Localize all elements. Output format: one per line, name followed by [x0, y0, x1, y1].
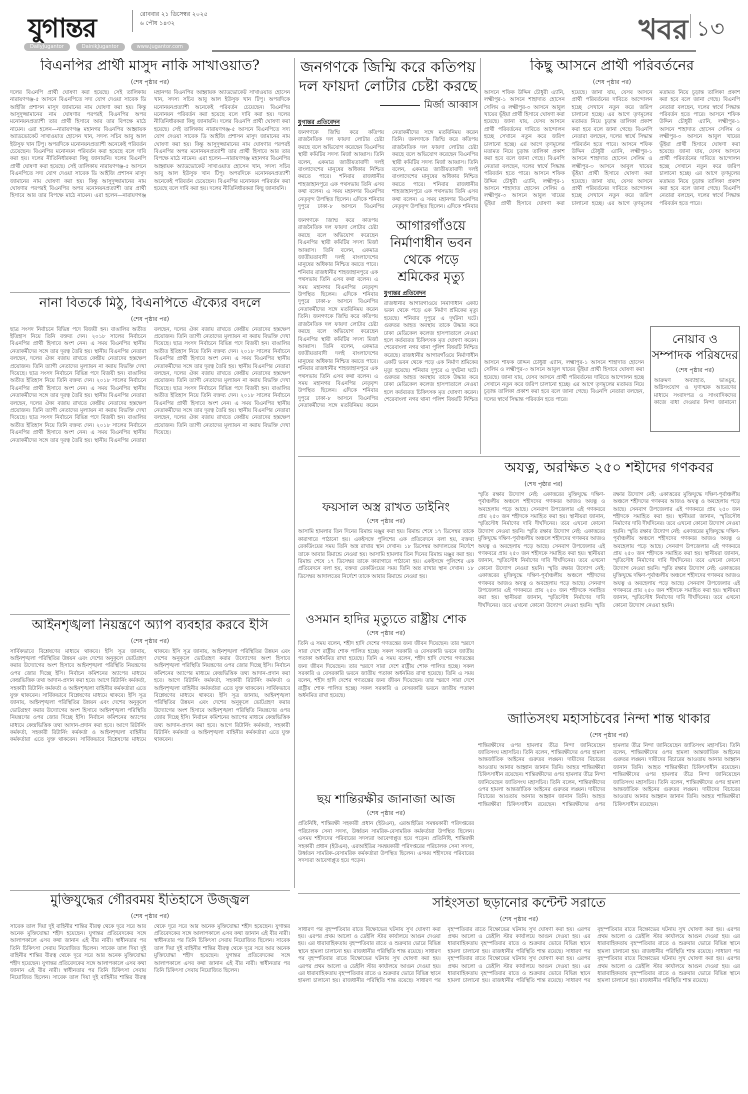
logo-divider: [132, 10, 133, 32]
divider: [10, 614, 290, 615]
headline[interactable]: আগারগাঁওয়ে নির্মাণাধীন ভবন থেকে পড়ে শ্…: [384, 218, 478, 286]
date-bengali: ৬ পৌষ ১৪৩২: [140, 19, 208, 28]
headline[interactable]: সহিংসতা ছড়ানোর কন্টেন্ট সরাতে: [298, 896, 740, 912]
article-body: রাজধানীর আগারগাঁওয়ে নির্মাণাধীন একটি ভব…: [384, 301, 478, 401]
twitter-link[interactable]: DailyJugantor: [24, 43, 70, 51]
article-bnp-candidate: বিএনপির প্রার্থী মাসুদ নাকি সাখাওয়াত? (…: [10, 58, 290, 290]
article-app-ec: আইনশৃঙ্খলা নিয়ন্ত্রণে অ্যাপ ব্যবহার করব…: [10, 618, 290, 888]
masthead-rule: [212, 50, 696, 52]
article-agargaon: আগারগাঁওয়ে নির্মাণাধীন ভবন থেকে পড়ে শ্…: [384, 218, 478, 408]
continued-label: (শেষ পৃষ্ঠার পর): [10, 77, 290, 88]
headline[interactable]: জাতিসংঘ মহাসচিবের নিন্দা শান্ত থাকার: [478, 712, 740, 728]
article-body: সাবেক তাল দিয়া দুই বাহিনীর শান্তির বীরত…: [10, 924, 290, 983]
headline[interactable]: আইনশৃঙ্খলা নিয়ন্ত্রণে অ্যাপ ব্যবহার করব…: [10, 618, 290, 634]
divider: [10, 292, 290, 293]
article-candidate-change: কিছু আসনে প্রার্থী পরিবর্তনের (শেষ পৃষ্ঠ…: [484, 58, 740, 454]
article-nowab: নোয়াব ও সম্পাদক পরিষদের (শেষ পৃষ্ঠার পর…: [650, 326, 740, 432]
article-body: প্রতিনিধি, শান্তিরক্ষী সহকারী প্রধান (ইউ…: [298, 821, 474, 865]
headline[interactable]: অযত্ন, অরক্ষিত ২৫০ শহীদের গণকবর: [478, 460, 740, 477]
date-gregorian: রোববার ২১ ডিসেম্বর ২০২৫: [140, 10, 208, 19]
social-links: DailyJugantor DainikJugantor www.juganto…: [24, 43, 189, 51]
continued-label: (শেষ পৃষ্ঠার পর): [478, 479, 609, 490]
article-body: স্মৃতি রক্ষার উদ্যোগ নেই: একাত্তরের মুক্…: [478, 492, 740, 611]
divider: [10, 890, 290, 891]
divider: [298, 893, 740, 894]
article-body: ছাত্র সংসদ নির্বাচনে বিভিন্ন পদে বিজয়ী …: [10, 327, 290, 446]
article-nana-bitorke: নানা বিতর্কে মিঠু, বিএনপিতে ঐক্যের বদলে …: [10, 296, 290, 612]
article-body: আক্রমণ অব্যাহতি, ভাঙচুর, অগ্নিসংযোগ ও ঘৃ…: [651, 378, 739, 404]
article-peacekeepers-janaza: ছয় শান্তিরক্ষীর জানাজা আজ (শেষ পৃষ্ঠার …: [298, 792, 474, 890]
article-body: দলের বিএনপি প্রার্থী ঘোষণা করা হয়েছে। স…: [10, 90, 290, 201]
headline[interactable]: ওসমান হাদির মৃত্যুতে রাষ্ট্রীয় শোক: [298, 612, 474, 626]
column-divider: [294, 58, 295, 888]
headline[interactable]: নানা বিতর্কে মিঠু, বিএনপিতে ঐক্যের বদলে: [10, 296, 290, 312]
article-body: সাধারণ পর বৃহস্পতিবার রাতে বিক্ষোভের ঘটন…: [298, 927, 740, 986]
masthead: যুগান্তর রোববার ২১ ডিসেম্বর ২০২৫ ৬ পৌষ ১…: [0, 0, 748, 60]
section-title: খবর: [639, 8, 688, 55]
attribution: মির্জা আব্বাস: [298, 98, 478, 115]
article-body: সার্বিকভাবে বিশ্লেষণের মাধ্যমে থাকবে। ইস…: [10, 649, 290, 745]
headline[interactable]: জনগণকে জিম্মি করে কতিপয় দল ফায়দা লোটার…: [298, 58, 478, 96]
page-divider: [690, 14, 691, 38]
article-osman-hadi: ওসমান হাদির মৃত্যুতে রাষ্ট্রীয় শোক (শেষ…: [298, 612, 474, 790]
article-body-cont: আসনে শফিক উদ্দিন চৌধুরী এ্যানি, লক্ষ্মীপ…: [484, 360, 644, 454]
article-body: আসামি হামলার তিন দিনের রিমান্ড মঞ্জুর কর…: [298, 529, 474, 581]
article-mirza-abbas: জনগণকে জিম্মি করে কতিপয় দল ফায়দা লোটার…: [298, 58, 478, 466]
headline[interactable]: ফয়সাল অস্ত্র রাখত ডাইনিং: [298, 500, 474, 514]
byline: যুগান্তর প্রতিবেদন: [298, 117, 478, 128]
article-body: তিনি এ সময় বলেন, শহীদ হাদি দেশের গণতন্ত…: [298, 641, 474, 700]
article-body: জনগণকে জিম্মি করে কতিপয় রাজনৈতিক দল ফায…: [298, 130, 478, 216]
headline[interactable]: কিছু আসনে প্রার্থী পরিবর্তনের: [484, 58, 740, 75]
article-sohingsota: সহিংসতা ছড়ানোর কন্টেন্ট সরাতে (শেষ পৃষ্…: [298, 896, 740, 1090]
article-jatisongho: জাতিসংঘ মহাসচিবের নিন্দা শান্ত থাকার (শে…: [478, 712, 740, 912]
continued-label: (শেষ পৃষ্ঠার পর): [478, 730, 740, 741]
continued-label: (শেষ পৃষ্ঠার পর): [651, 365, 739, 376]
article-body-cont: জনগণকে জিম্মি করে কতিপয় রাজনৈতিক দল ফায…: [298, 218, 378, 408]
dateline: রোববার ২১ ডিসেম্বর ২০২৫ ৬ পৌষ ১৪৩২: [140, 10, 208, 28]
continued-label: (শেষ পৃষ্ঠার পর): [10, 636, 290, 647]
divider: [298, 456, 740, 457]
website-link[interactable]: www.jugantor.com: [131, 43, 189, 51]
continued-label: (শেষ পৃষ্ঠার পর): [298, 808, 474, 819]
headline[interactable]: নোয়াব ও সম্পাদক পরিষদের: [651, 331, 739, 363]
page-number: ১৩: [696, 12, 725, 49]
article-foysal: ফয়সাল অস্ত্র রাখত ডাইনিং (শেষ পৃষ্ঠার প…: [298, 500, 474, 610]
continued-label: (শেষ পৃষ্ঠার পর): [484, 77, 740, 88]
continued-label: (শেষ পৃষ্ঠার পর): [298, 516, 474, 527]
headline[interactable]: ছয় শান্তিরক্ষীর জানাজা আজ: [298, 792, 474, 806]
byline: যুগান্তর প্রতিবেদন: [384, 288, 478, 299]
continued-label: (শেষ পৃষ্ঠার পর): [298, 914, 740, 925]
continued-label: (শেষ পৃষ্ঠার পর): [298, 628, 474, 639]
article-muktijuddho: মুক্তিযুদ্ধের গৌরবময় ইতিহাসে উজ্জ্বল (শ…: [10, 893, 290, 1089]
continued-label: (শেষ পৃষ্ঠার পর): [10, 911, 290, 922]
headline[interactable]: বিএনপির প্রার্থী মাসুদ নাকি সাখাওয়াত?: [10, 58, 290, 75]
column-divider: [480, 58, 481, 454]
article-body: আসনে শফিক উদ্দিন চৌধুরী এ্যানি, লক্ষ্মীপ…: [484, 90, 740, 360]
facebook-link[interactable]: DainikJugantor: [76, 43, 125, 51]
continued-label: (শেষ পৃষ্ঠার পর): [10, 314, 290, 325]
headline[interactable]: মুক্তিযুদ্ধের গৌরবময় ইতিহাসে উজ্জ্বল: [10, 893, 290, 909]
article-body: শান্তিরক্ষীদের ওপর হামলার তীব্র নিন্দা জ…: [478, 743, 740, 810]
